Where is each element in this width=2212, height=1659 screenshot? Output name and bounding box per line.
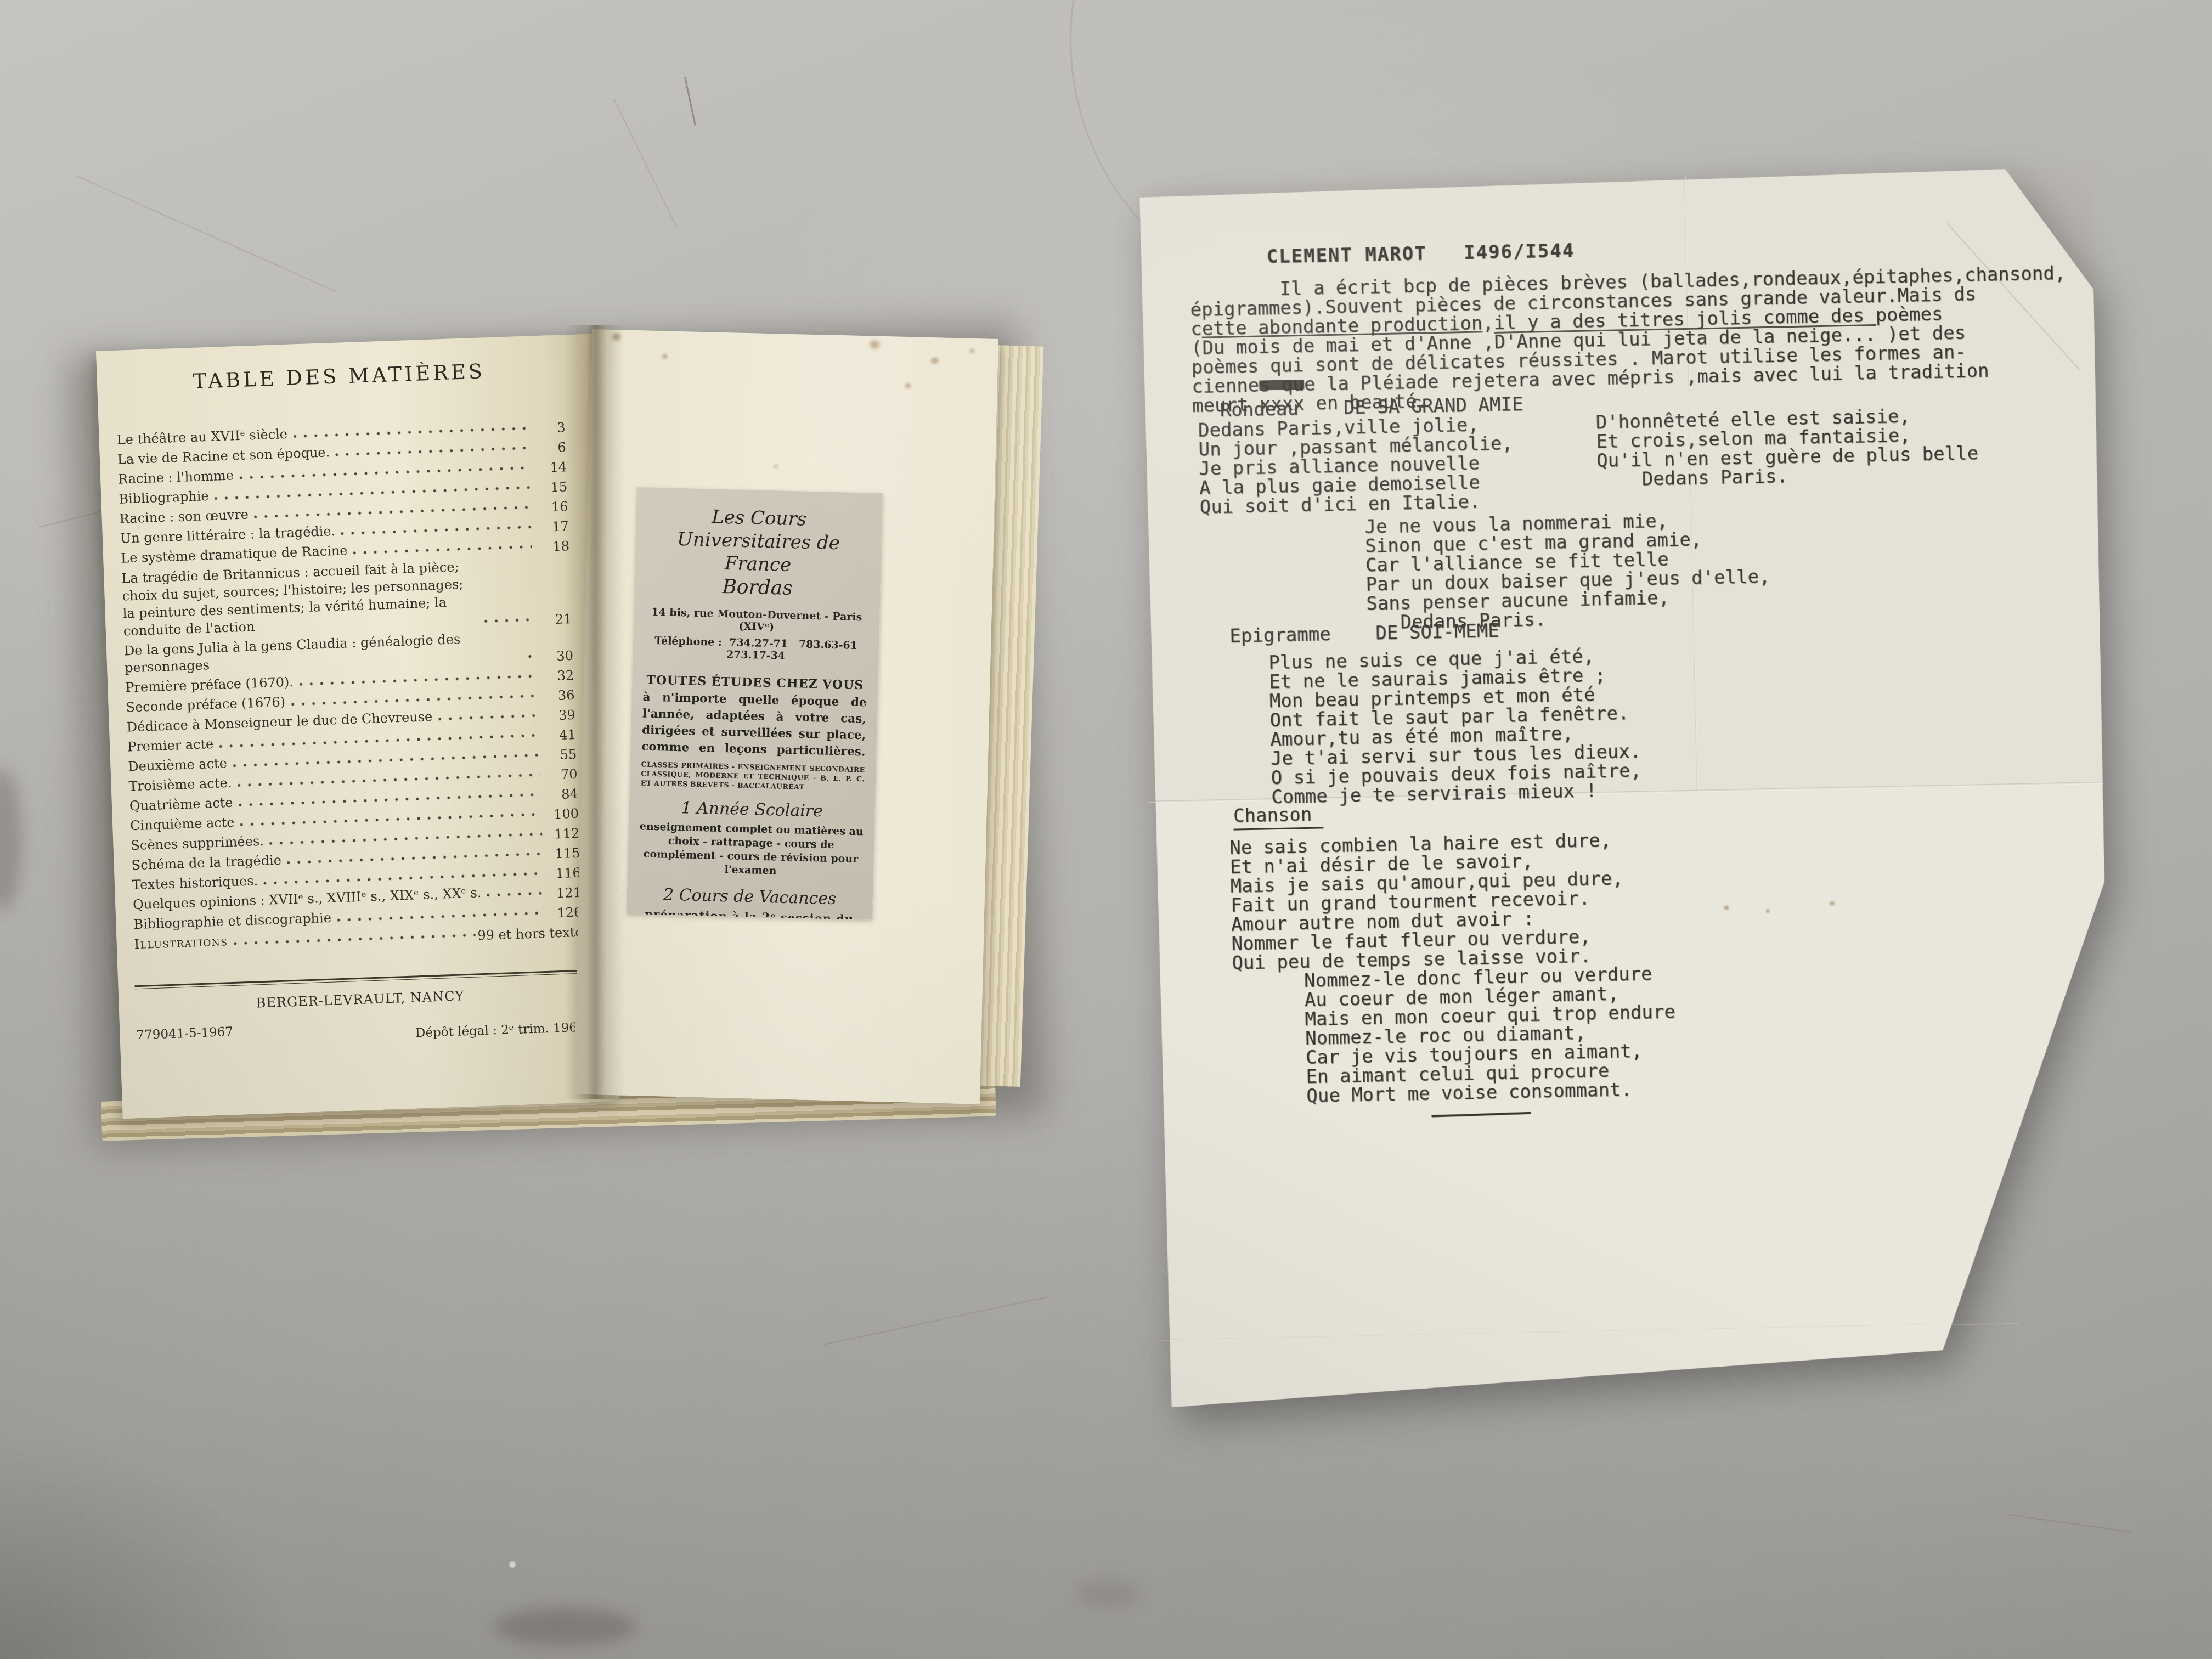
toc-label: Deuxième acte xyxy=(128,755,227,775)
scratch-mark xyxy=(2008,1514,2133,1533)
print-code: 779041-5-1967 xyxy=(136,1025,233,1042)
strikethrough-mark xyxy=(1259,380,1304,391)
toc-page-number: 21 xyxy=(537,611,572,629)
table-smudge xyxy=(494,1607,636,1646)
dot-leader xyxy=(337,911,545,922)
toc-label: Bibliographie xyxy=(119,488,209,508)
toc-label: Cinquième acte xyxy=(130,814,235,835)
rondeau-left-column: Dedans Paris,ville jolie, Un jour ,passa… xyxy=(1198,415,1515,517)
ad-section2-line: préparation à la 2ᵉ session du baccalaur… xyxy=(637,907,861,919)
toc-page-number: 115 xyxy=(545,845,580,863)
toc-page-number: 30 xyxy=(538,647,573,665)
dot-leader xyxy=(269,832,542,845)
ad-section1-text: enseignement complet ou matières au choi… xyxy=(639,820,864,880)
dot-leader xyxy=(254,506,531,519)
imprint-details: 779041-5-1967 Dépôt légal : 2ᵉ trim. 196… xyxy=(136,1013,585,1043)
table-speck xyxy=(509,1561,516,1568)
foxing-spot xyxy=(774,464,778,468)
toc-label: Troisième acte. xyxy=(128,775,232,795)
dot-leader xyxy=(263,872,544,885)
toc-row: La tragédie de Britannicus : accueil fai… xyxy=(121,554,572,640)
ad-section1-title: 1 Année Scolaire xyxy=(640,797,864,822)
toc-label: Racine : son œuvre xyxy=(119,506,249,527)
page-title: TABLE DES MATIÈRES xyxy=(97,356,581,397)
toc-label: La tragédie de Britannicus : accueil fai… xyxy=(121,557,479,640)
toc-page-number: 55 xyxy=(541,746,577,764)
typed-sheet: CLEMENT MAROT I496/I544 Il a écrit bcp d… xyxy=(1136,167,2115,1408)
brand-script-line2: Bordas xyxy=(645,573,870,603)
toc-label: Quatrième acte xyxy=(129,794,233,815)
scratch-mark xyxy=(613,99,677,228)
foxing-spot xyxy=(612,333,621,341)
toc-label: Premier acte xyxy=(127,736,214,755)
ad-intro-paragraph: à n'importe quelle époque de l'année, ad… xyxy=(641,689,867,760)
toc-page-number: 15 xyxy=(532,478,568,496)
toc-page-number: 36 xyxy=(539,687,575,705)
scratch-mark xyxy=(684,77,696,126)
dot-leader xyxy=(528,654,536,658)
ad-section2-title: 2 Cours de Vacances xyxy=(637,884,862,909)
legal-deposit: Dépôt légal : 2ᵉ trim. 1967 xyxy=(415,1020,585,1041)
toc-page-number: 14 xyxy=(531,459,567,477)
toc-page-number: 16 xyxy=(533,498,568,516)
foxing-spot xyxy=(931,357,939,364)
brand-script-line1: Les Cours Universitaires de France xyxy=(646,504,871,579)
chanson-stanza-1: Ne sais combien la haire est dure, Et n'… xyxy=(1229,831,1625,973)
toc-label: Scènes supprimées. xyxy=(131,833,264,854)
toc-label: Première préface (1670). xyxy=(125,674,294,697)
scratch-mark xyxy=(823,1296,1048,1345)
toc-label: Racine : l'homme xyxy=(118,467,234,488)
ad-levels-line: CLASSES PRIMAIRES - ENSEIGNEMENT SECONDA… xyxy=(641,759,865,793)
toc-page-number: 112 xyxy=(544,825,580,843)
dot-leader xyxy=(438,714,538,720)
photo-background: TABLE DES MATIÈRES Le théâtre au XVIIᵉ s… xyxy=(0,0,2212,1659)
toc-page-number: 32 xyxy=(539,667,574,685)
ad-phone: Téléphone : 734.27-71 783.63-61 273.17-3… xyxy=(644,634,868,664)
toc-label: Schéma de la tragédie xyxy=(131,852,281,874)
dot-leader xyxy=(233,934,475,945)
chanson-heading: Chanson xyxy=(1233,805,1323,826)
dot-leader xyxy=(299,674,537,686)
dot-leader xyxy=(287,852,543,864)
toc-page-number: 99 et hors texte xyxy=(477,924,583,945)
book-right-page: Les Cours Universitaires de France Borda… xyxy=(574,329,998,1104)
toc-page-number: 116 xyxy=(545,865,581,883)
toc-label: Le théâtre au XVIIᵉ siècle xyxy=(116,426,287,449)
book-left-page: TABLE DES MATIÈRES Le théâtre au XVIIᵉ s… xyxy=(96,334,619,1119)
toc-label: Seconde préface (1676) xyxy=(126,693,285,716)
epigramme-stanza: Plus ne suis ce que j'ai été, Et ne le s… xyxy=(1268,646,1642,808)
toc-page-number: 100 xyxy=(543,805,579,823)
toc-page-number: 3 xyxy=(530,419,566,437)
table-smudge xyxy=(1075,1580,1141,1607)
rondeau-right-column: D'honnêteté elle est saisie, Et crois,se… xyxy=(1595,405,1979,490)
toc-page-number: 17 xyxy=(533,518,569,536)
dot-leader xyxy=(487,891,544,897)
table-smudge xyxy=(0,768,22,911)
toc-page-number: 70 xyxy=(542,766,578,784)
foxing-spot xyxy=(870,340,879,348)
chanson-stanza-2: Nommez-le donc fleur ou verdure Au coeur… xyxy=(1304,964,1677,1107)
toc-page-number: 39 xyxy=(540,707,575,725)
toc-page-number: 121 xyxy=(546,884,582,902)
foxing-spot xyxy=(969,348,974,353)
publisher-imprint: BERGER-LEVRAULT, NANCY xyxy=(119,984,601,1016)
dot-leader xyxy=(353,545,533,554)
toc-label: Illustrations xyxy=(134,933,228,953)
foxing-spot xyxy=(905,383,911,388)
dot-leader xyxy=(335,447,529,456)
scratch-mark xyxy=(76,176,337,292)
dot-leader xyxy=(291,694,537,706)
ad-address: 14 bis, rue Mouton-Duvernet - Paris (XIV… xyxy=(645,606,869,635)
toc-page-number: 18 xyxy=(534,538,569,556)
dot-leader xyxy=(484,618,535,623)
rondeau-center-stanza: Je ne vous la nommerai mie, Sinon que c'… xyxy=(1364,510,1771,633)
epigramme-heading: Epigramme DE SOI-MEME xyxy=(1229,622,1499,646)
toc-list: Le théâtre au XVIIᵉ siècle 3 La vie de R… xyxy=(116,416,583,956)
toc-page-number: 126 xyxy=(547,904,583,922)
dot-leader xyxy=(293,427,528,438)
foxing-spot xyxy=(662,354,668,359)
toc-page-number: 84 xyxy=(543,786,578,804)
toc-page-number: 41 xyxy=(540,726,576,744)
intro-text: Il a écrit bcp de pièces brèves (ballade… xyxy=(1190,262,2066,417)
dot-leader xyxy=(341,525,532,535)
ad-card: Les Cours Universitaires de France Borda… xyxy=(627,487,883,920)
toc-label: Textes historiques. xyxy=(132,872,258,894)
toc-page-number: 6 xyxy=(531,439,566,457)
